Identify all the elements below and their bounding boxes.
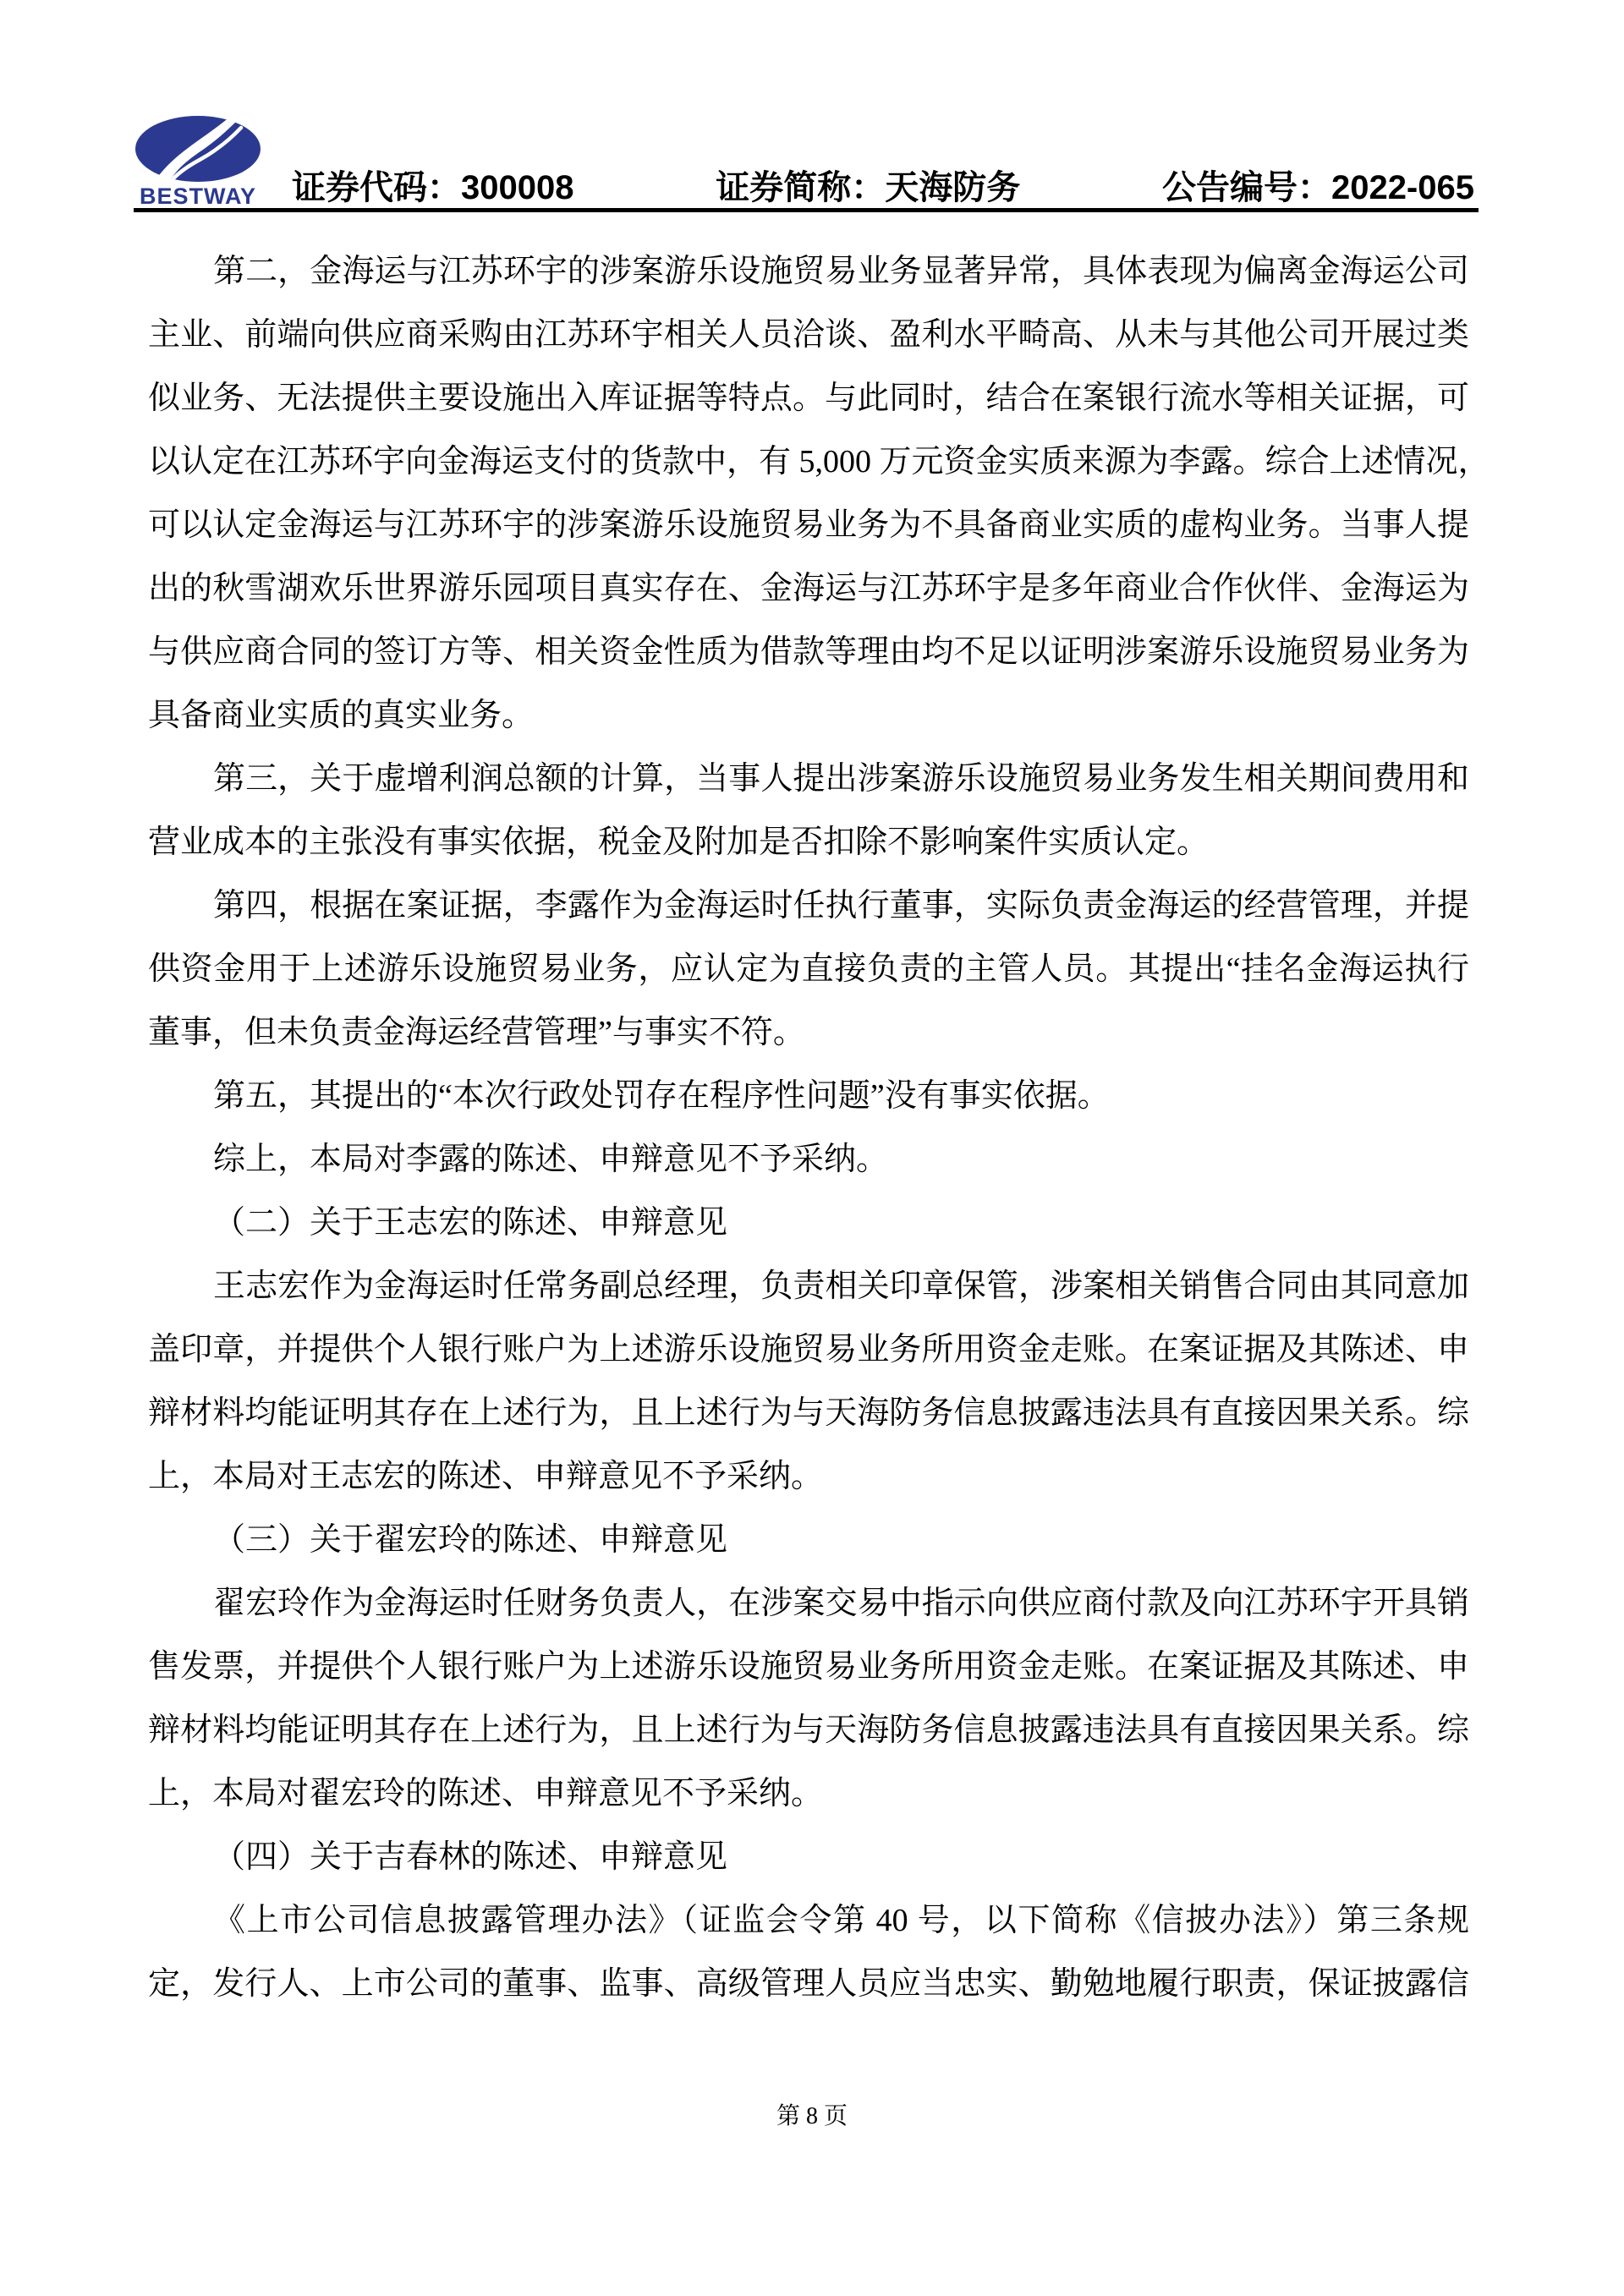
document-body: 第二，金海运与江苏环宇的涉案游乐设施贸易业务显著异常，具体表现为偏离金海运公司主… — [148, 240, 1469, 2016]
bestway-logo-text: BESTWAY — [134, 184, 262, 209]
bestway-logo: BESTWAY — [134, 115, 262, 209]
text-line: （三）关于翟宏玲的陈述、申辩意见 — [148, 1509, 1469, 1572]
text-line: 第三，关于虚增利润总额的计算，当事人提出涉案游乐设施贸易业务发生相关期间费用和 — [148, 748, 1469, 811]
text-line: 第四，根据在案证据，李露作为金海运时任执行董事，实际负责金海运的经营管理，并提 — [148, 874, 1469, 938]
text-line: 综上，本局对李露的陈述、申辩意见不予采纳。 — [148, 1128, 1469, 1192]
text-line: 定，发行人、上市公司的董事、监事、高级管理人员应当忠实、勤勉地履行职责，保证披露… — [148, 1953, 1469, 2016]
text-line: 营业成本的主张没有事实依据，税金及附加是否扣除不影响案件实质认定。 — [148, 811, 1469, 874]
bestway-logo-icon — [134, 115, 261, 183]
text-line: 辩材料均能证明其存在上述行为，且上述行为与天海防务信息披露违法具有直接因果关系。… — [148, 1382, 1469, 1445]
text-line: 与供应商合同的签订方等、相关资金性质为借款等理由均不足以证明涉案游乐设施贸易业务… — [148, 621, 1469, 684]
page-footer: 第 8 页 — [0, 2102, 1624, 2131]
announcement-number-label: 公告编号：2022-065 — [1162, 169, 1474, 206]
header-info-row: 证券代码：300008 证券简称：天海防务 公告编号：2022-065 — [292, 169, 1474, 206]
stock-code-label: 证券代码：300008 — [292, 169, 573, 206]
document-page: BESTWAY 证券代码：300008 证券简称：天海防务 公告编号：2022-… — [0, 0, 1624, 2296]
text-line: 可以认定金海运与江苏环宇的涉案游乐设施贸易业务为不具备商业实质的虚构业务。当事人… — [148, 494, 1469, 557]
text-line: 似业务、无法提供主要设施出入库证据等特点。与此同时，结合在案银行流水等相关证据，… — [148, 367, 1469, 430]
text-line: 第五，其提出的“本次行政处罚存在程序性问题”没有事实依据。 — [148, 1065, 1469, 1128]
text-line: （四）关于吉春林的陈述、申辩意见 — [148, 1826, 1469, 1889]
text-line: 上，本局对翟宏玲的陈述、申辩意见不予采纳。 — [148, 1762, 1469, 1826]
text-line: 王志宏作为金海运时任常务副总经理，负责相关印章保管，涉案相关销售合同由其同意加 — [148, 1255, 1469, 1318]
text-line: 具备商业实质的真实业务。 — [148, 684, 1469, 748]
text-line: （二）关于王志宏的陈述、申辩意见 — [148, 1192, 1469, 1255]
text-line: 以认定在江苏环宇向金海运支付的货款中，有 5,000 万元资金实质来源为李露。综… — [148, 430, 1469, 494]
page-number: 第 8 页 — [776, 2103, 848, 2129]
text-line: 翟宏玲作为金海运时任财务负责人，在涉案交易中指示向供应商付款及向江苏环宇开具销 — [148, 1572, 1469, 1636]
text-line: 盖印章，并提供个人银行账户为上述游乐设施贸易业务所用资金走账。在案证据及其陈述、… — [148, 1318, 1469, 1382]
text-line: 辩材料均能证明其存在上述行为，且上述行为与天海防务信息披露违法具有直接因果关系。… — [148, 1699, 1469, 1762]
stock-name-label: 证券简称：天海防务 — [716, 169, 1020, 206]
text-line: 售发票，并提供个人银行账户为上述游乐设施贸易业务所用资金走账。在案证据及其陈述、… — [148, 1636, 1469, 1699]
header-divider — [134, 208, 1479, 212]
text-line: 上，本局对王志宏的陈述、申辩意见不予采纳。 — [148, 1445, 1469, 1509]
text-line: 供资金用于上述游乐设施贸易业务，应认定为直接负责的主管人员。其提出“挂名金海运执… — [148, 938, 1469, 1001]
text-line: 第二，金海运与江苏环宇的涉案游乐设施贸易业务显著异常，具体表现为偏离金海运公司 — [148, 240, 1469, 304]
text-line: 主业、前端向供应商采购由江苏环宇相关人员洽谈、盈利水平畸高、从未与其他公司开展过… — [148, 304, 1469, 367]
text-line: 董事，但未负责金海运经营管理”与事实不符。 — [148, 1001, 1469, 1065]
text-line: 出的秋雪湖欢乐世界游乐园项目真实存在、金海运与江苏环宇是多年商业合作伙伴、金海运… — [148, 557, 1469, 621]
text-line: 《上市公司信息披露管理办法》（证监会令第 40 号，以下简称《信披办法》）第三条… — [148, 1889, 1469, 1953]
